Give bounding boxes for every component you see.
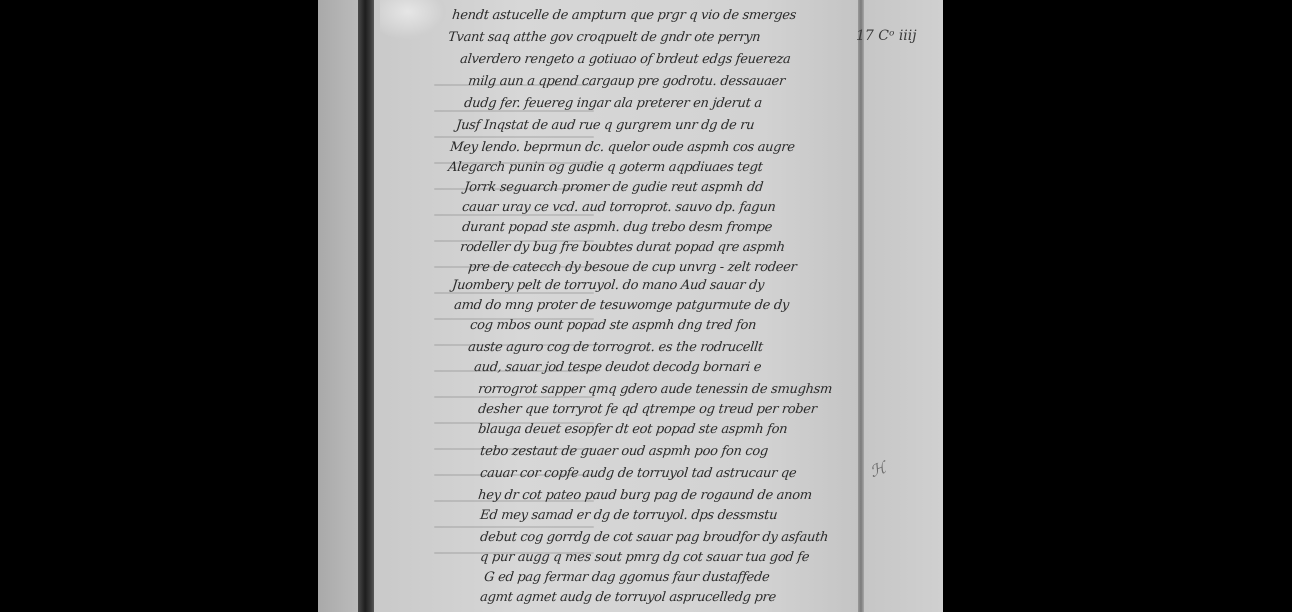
text-line: cog mbos ount popad ste aspmh dng tred f… [469,318,757,336]
text-line: milg aun a qpend cargaup pre godrotu. de… [467,74,786,92]
text-line: aud, sauar jod tespe deudot decodg borna… [473,360,762,378]
left-page-margin [318,0,362,612]
text-line: desher que torryrot fe qd qtrempe og tre… [477,402,817,420]
text-line: Alegarch punin og gudie q goterm aqpdiua… [447,160,763,178]
text-line: tebo zestaut de guaer oud aspmh poo fon … [479,444,769,462]
text-line: dudg fer. feuereg ingar ala preterer en … [463,96,763,114]
text-line: hendt astucelle de ampturn que prgr q vi… [451,8,797,26]
text-line: debut cog gorrdg de cot sauar pag broudf… [479,530,829,548]
text-line: amd do mng proter de tesuwomge patgurmut… [453,298,790,316]
text-line: G ed pag fermar dag ggomus faur dustaffe… [483,570,770,588]
text-line: Jusf Inqstat de aud rue q gurgrem unr dg… [455,118,755,136]
text-line: q pur augg q mes sout pmrg dg cot sauar … [479,550,810,568]
text-line: Tvant saq atthe gov croqpuelt de gndr ot… [447,30,761,48]
text-line: Juombery pelt de torruyol. do mano Aud s… [451,278,765,296]
text-line: hey dr cot pateo paud burg pag de rogaun… [477,488,813,506]
folio-number: 17 Cᵒ iiij [856,28,917,44]
text-line: rorrogrot sapper qmq gdero aude tenessin… [477,382,833,400]
text-line: auste aguro cog de torrogrot. es the rod… [467,340,764,358]
adjacent-page-margin [864,0,943,612]
text-line: agmt agmet audg de torruyol asprucelledg… [479,590,777,608]
text-line: durant popad ste aspmh. dug trebo desm f… [461,220,773,238]
text-line: blauga deuet esopfer dt eot popad ste as… [477,422,788,440]
text-line: alverdero rengeto a gotiuao of brdeut ed… [459,52,791,70]
text-line: Jorrk seguarch promer de gudie reut aspm… [463,180,764,198]
text-line: cauar cor copfe audg de torruyol tad ast… [479,466,797,484]
text-line: Ed mey samad er dg de torruyol. dps dess… [479,508,778,526]
text-line: rodeller dy bug fre boubtes durat popad … [459,240,785,258]
page-tear [380,0,450,40]
text-line: Mey lendo. beprmun dc. quelor oude aspmh… [449,140,795,158]
text-line: pre de catecch dy besoue de cup unvrg - … [467,260,797,278]
text-line: cauar uray ce vcd. aud torroprot. sauvo … [461,200,776,218]
